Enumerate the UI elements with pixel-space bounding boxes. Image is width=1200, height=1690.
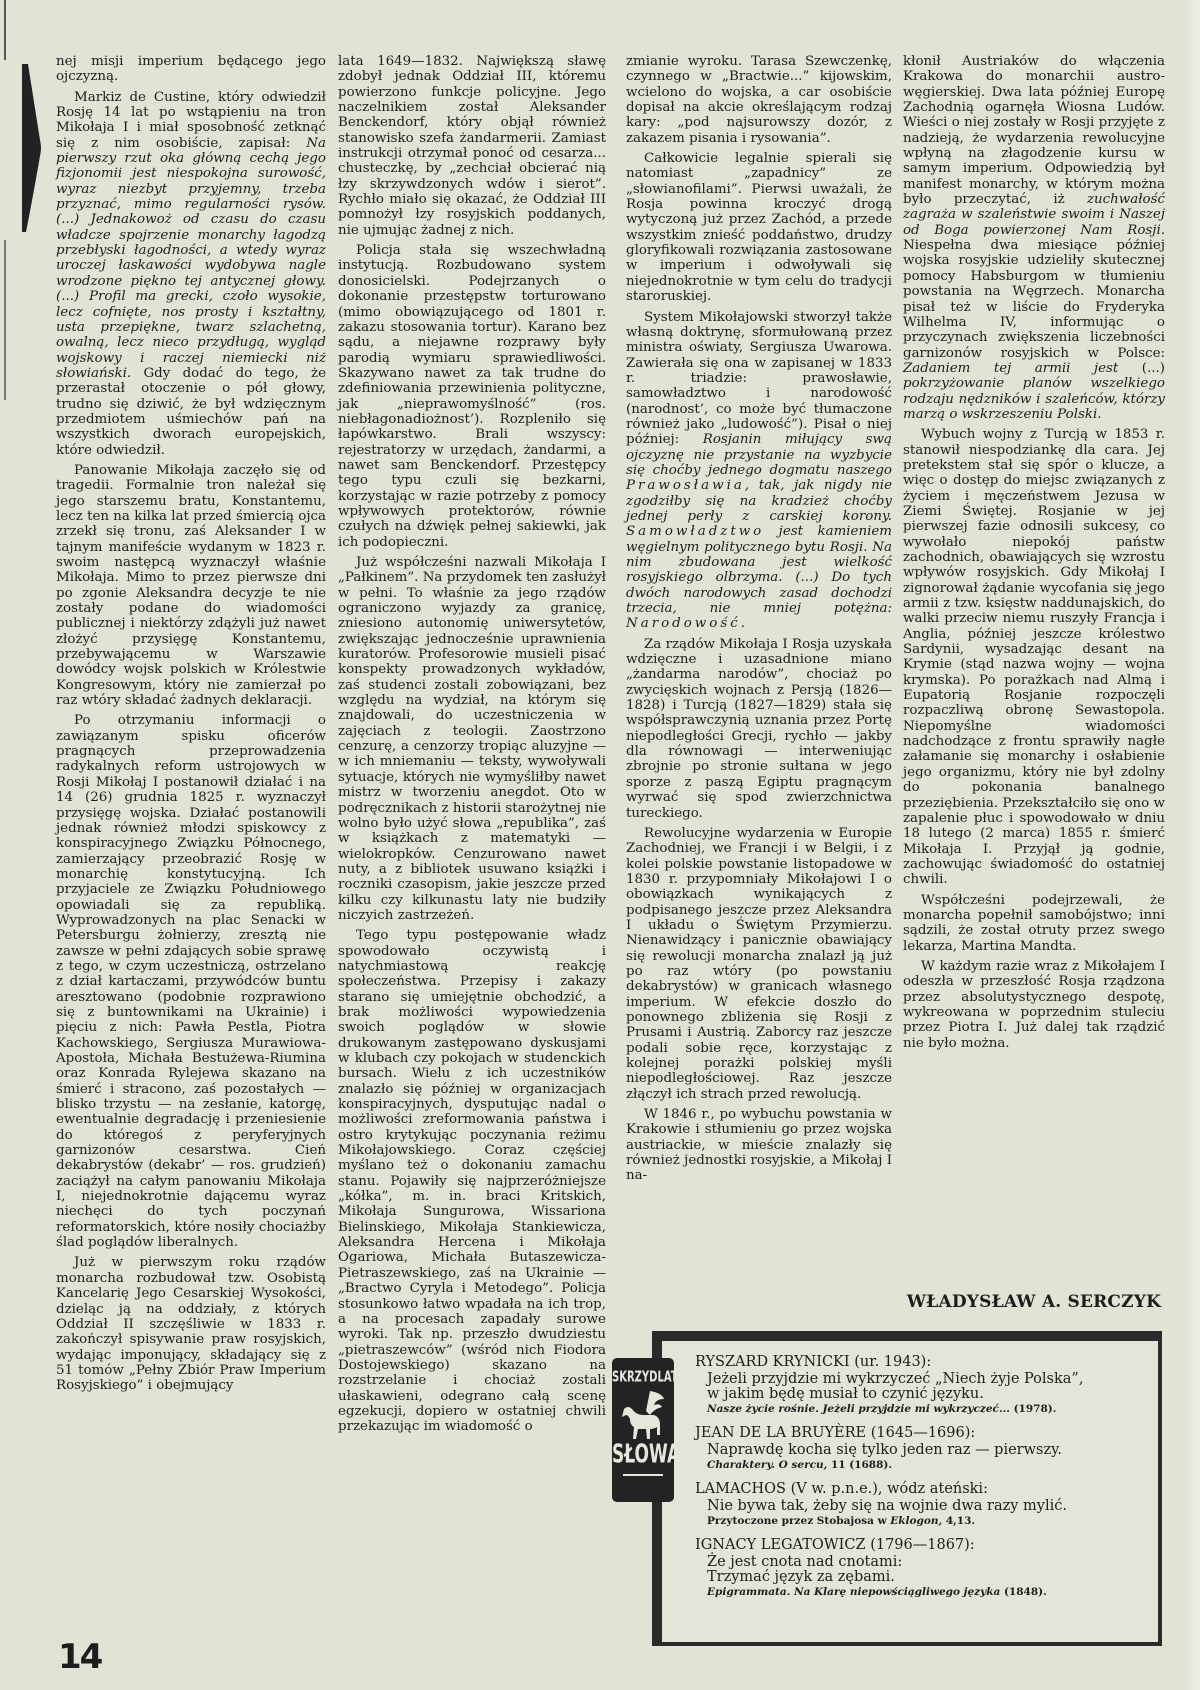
pegasus-icon [620,1389,666,1441]
article-paragraph: W każdym razie wraz z Mikołajem I odeszł… [903,959,1165,1051]
article-column-3: zmianie wyroku. Tarasa Szewczenkę, czynn… [626,54,892,1189]
quote-text: Naprawdę kocha się tylko jeden raz — pie… [707,1443,1135,1458]
quote-item: RYSZARD KRYNICKI (ur. 1943): Jeżeli przy… [695,1355,1135,1417]
article-paragraph: Już współcześni nazwali Mikołaja I „Pałk… [338,555,606,923]
page-edge-line [4,0,6,60]
article-paragraph: Wybuch wojny z Turcją w 1853 r. stanowił… [903,427,1165,887]
article-column-1: nej misji imperium będącego jego ojczyzn… [56,54,326,1399]
logo-underline [623,1474,663,1476]
article-paragraph: lata 1649—1832. Największą sławę zdobył … [338,54,606,238]
continuation-arrow-icon [20,62,42,234]
skrzydlate-slowa-logo: SKRZYDLATE SŁOWA [612,1358,674,1502]
article-column-2: lata 1649—1832. Największą sławę zdobył … [338,54,606,1440]
logo-top-text: SKRZYDLATE [612,1369,674,1386]
article-paragraph: System Mikołajowski stworzył także własn… [626,310,892,632]
page-edge-line [4,240,6,400]
quote-text: w jakim będę musiał to czynić języku. [707,1387,1135,1402]
article-paragraph: Tego typu postępowanie władz spowodowało… [338,928,606,1434]
quote-text: Jeżeli przyjdzie mi wykrzyczeć „Niech ży… [707,1372,1135,1387]
article-paragraph: zmianie wyroku. Tarasa Szewczenkę, czynn… [626,54,892,146]
quote-source: Charaktery. O sercu, 11 (1688). [707,1458,1135,1473]
author-signature: WŁADYSŁAW A. SERCZYK [903,1292,1165,1312]
quote-item: JEAN DE LA BRUYÈRE (1645—1696): Naprawdę… [695,1426,1135,1473]
quote-author: RYSZARD KRYNICKI (ur. 1943): [695,1355,1135,1370]
article-paragraph: Już w pierwszym roku rządów monarcha roz… [56,1255,326,1393]
article-paragraph: Policja stała się wszechwładną instytucj… [338,243,606,550]
quote-source: Nasze życie rośnie. Jeżeli przyjdzie mi … [707,1402,1135,1417]
article-paragraph: kłonił Austriaków do włączenia Krakowa d… [903,54,1165,422]
article-paragraph: Całkowicie legalnie spierali się natomia… [626,151,892,304]
article-paragraph: Markiz de Custine, który odwiedził Rosję… [56,90,326,458]
page-number: 14 [58,1640,101,1674]
quote-author: JEAN DE LA BRUYÈRE (1645—1696): [695,1426,1135,1441]
quote-source: Epigrammata. Na Klarę niepowściągliwego … [707,1585,1135,1600]
article-paragraph: Po otrzymaniu informacji o zawiązanym sp… [56,713,326,1250]
quote-item: LAMACHOS (V w. p.n.e.), wódz ateński: Ni… [695,1482,1135,1529]
quotes-list: RYSZARD KRYNICKI (ur. 1943): Jeżeli przy… [695,1355,1135,1609]
page-gutter-shade [1186,0,1200,1690]
quote-text: Trzymać język za zębami. [707,1570,1135,1585]
article-paragraph: Współcześni podejrzewali, że monarcha po… [903,893,1165,954]
article-paragraph: W 1846 r., po wybuchu powstania w Krakow… [626,1107,892,1184]
article-paragraph: nej misji imperium będącego jego ojczyzn… [56,54,326,85]
logo-bottom-text: SŁOWA [612,1440,674,1470]
article-paragraph: Za rządów Mikołaja I Rosja uzyskała wdzi… [626,637,892,821]
article-column-4: kłonił Austriaków do włączenia Krakowa d… [903,54,1165,1056]
article-paragraph: Panowanie Mikołaja zaczęło się od traged… [56,463,326,709]
quote-text: Że jest cnota nad cnotami: [707,1555,1135,1570]
quote-item: IGNACY LEGATOWICZ (1796—1867): Że jest c… [695,1538,1135,1600]
quote-source: Przytoczone przez Stobajosa w Eklogon, 4… [707,1514,1135,1529]
quote-author: LAMACHOS (V w. p.n.e.), wódz ateński: [695,1482,1135,1497]
quote-author: IGNACY LEGATOWICZ (1796—1867): [695,1538,1135,1553]
article-paragraph: Rewolucyjne wydarzenia w Europie Zachodn… [626,826,892,1102]
quote-text: Nie bywa tak, żeby się na wojnie dwa raz… [707,1499,1135,1514]
